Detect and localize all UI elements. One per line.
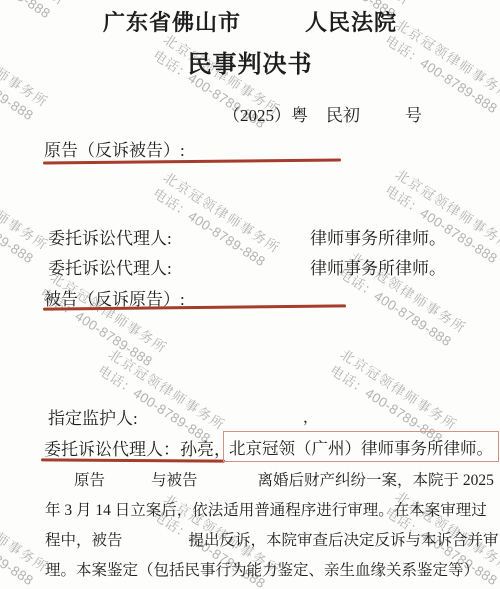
- body-line1-seg2: 与被告: [151, 472, 198, 489]
- court-name-prefix: 广东省佛山市: [103, 10, 241, 35]
- red-underline-agent3: [41, 458, 225, 462]
- body-line-4: 理。本案鉴定（包括民事行为能力鉴定、亲生血缘关系鉴定等）: [45, 560, 479, 581]
- watermark-text: 北京冠领律师事务所电话：400-8789-888: [381, 165, 500, 271]
- judgment-document-page: 北京冠领律师事务所电话：400-8789-888北京冠领律师事务所电话：400-…: [0, 0, 500, 589]
- case-number-type: 民初: [326, 106, 360, 125]
- body-line3-seg2: 提出反诉，本院审查后决定反诉与本诉合并审: [189, 532, 499, 549]
- document-type-title: 民事判决书: [0, 44, 500, 79]
- case-number-suffix: 号: [405, 106, 422, 125]
- watermark-text: 北京冠领律师事务所电话：400-8789-888: [94, 345, 229, 451]
- agent1-firm-suffix: 律师事务所律师。: [310, 228, 446, 249]
- guardian-label: 指定监护人:: [48, 408, 138, 429]
- agent3-label: 委托诉讼代理人：孙亮，: [44, 439, 231, 460]
- body-line1-seg3: 离婚后财产纠纷一案，本院于 2025: [258, 472, 494, 489]
- case-number-year: （2025）粤: [223, 106, 308, 125]
- court-name-suffix: 人民法院: [305, 10, 397, 35]
- body-line1-seg1: 原告: [74, 472, 105, 489]
- watermark-text: 北京冠领律师事务所电话：400-8789-888: [0, 165, 52, 271]
- body-line-3: 程中，被告提出反诉，本院审查后决定反诉与本诉合并审: [45, 530, 499, 551]
- guardian-trailing-comma: ，: [303, 408, 318, 429]
- agent2-label: 委托诉讼代理人:: [48, 258, 172, 279]
- red-highlight-box: 北京冠领（广州）律师事务所律师。: [223, 431, 499, 462]
- body-line-1: 原告与被告离婚后财产纠纷一案，本院于 2025: [74, 470, 494, 491]
- case-number: （2025）粤民初号: [223, 101, 422, 126]
- body-line-2: 年 3 月 14 日立案后，依法适用普通程序进行审理。在本案审理过: [45, 500, 487, 521]
- body-line3-seg1: 程中，被告: [45, 532, 123, 549]
- court-title: 广东省佛山市人民法院: [0, 6, 500, 37]
- plaintiff-label: 原告（反诉被告）:: [44, 140, 185, 161]
- agent2-firm-suffix: 律师事务所律师。: [310, 258, 446, 279]
- watermark-text: 北京冠领律师事务所电话：400-8789-888: [36, 268, 171, 374]
- agent3-firm-name: 北京冠领（广州）律师事务所律师。: [224, 435, 493, 459]
- agent1-label: 委托诉讼代理人:: [48, 228, 172, 249]
